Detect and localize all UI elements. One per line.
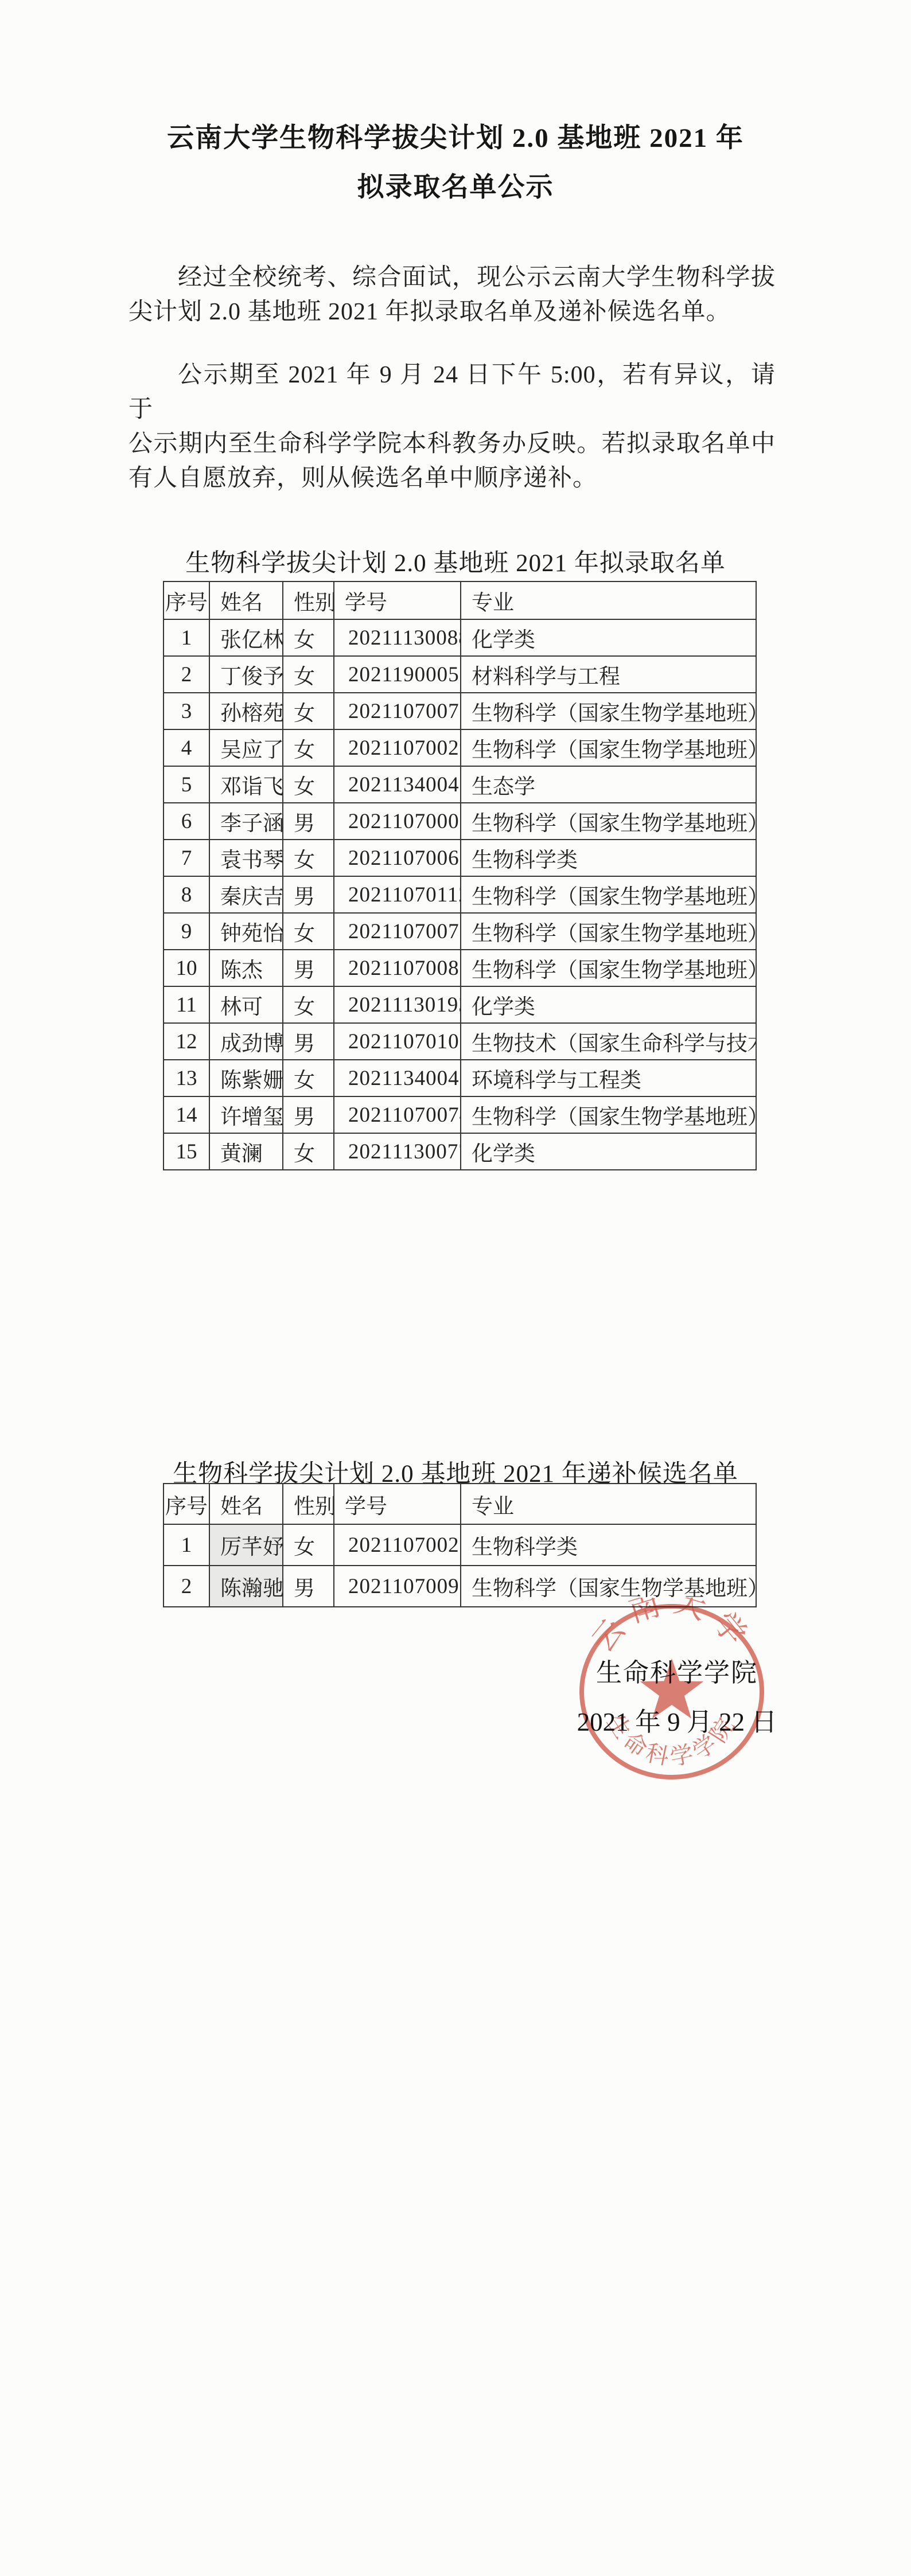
- table-cell: 生物科学（国家生物学基地班）: [461, 1096, 756, 1133]
- table-cell: 吴应了: [209, 729, 283, 766]
- table-cell: 李子涵: [209, 803, 283, 840]
- table-cell: 陈紫姗: [209, 1060, 283, 1096]
- table-cell: 20211070090: [334, 1566, 461, 1607]
- column-header: 学号: [334, 581, 461, 619]
- table-cell: 成劲博: [209, 1023, 283, 1060]
- table-cell: 生态学: [461, 766, 756, 803]
- table-cell: 10: [163, 950, 209, 986]
- signature-date: 2021 年 9 月 22 日: [542, 1701, 812, 1738]
- table-cell: 7: [163, 840, 209, 876]
- column-header: 学号: [334, 1484, 461, 1524]
- page-title-line1: 云南大学生物科学拔尖计划 2.0 基地班 2021 年: [0, 116, 911, 155]
- admitted-students-table: 序号姓名性别学号专业1张亿林女20211130088化学类2丁俊予女202119…: [163, 581, 757, 1170]
- table-cell: 女: [283, 693, 334, 729]
- header-row: 序号姓名性别学号专业: [163, 1484, 756, 1524]
- table-cell: 张亿林: [209, 619, 283, 656]
- table-row: 5邓诣飞女20211340046生态学: [163, 766, 756, 803]
- table-cell: 13: [163, 1060, 209, 1096]
- table-row: 2丁俊予女20211900050材料科学与工程: [163, 656, 756, 693]
- table-row: 2陈瀚驰男20211070090生物科学（国家生物学基地班）: [163, 1566, 756, 1607]
- seal-ring: [582, 1606, 762, 1777]
- official-seal-stamp: 云南大学 生命科学学院: [567, 1598, 776, 1795]
- table-cell: 生物科学（国家生物学基地班）: [461, 876, 756, 913]
- table-cell: 生物科学（国家生物学基地班）: [461, 913, 756, 950]
- table-cell: 女: [283, 1133, 334, 1170]
- table-row: 15黄澜女20211130077化学类: [163, 1133, 756, 1170]
- table-cell: 20211340048: [334, 1060, 461, 1096]
- table-cell: 1: [163, 1524, 209, 1566]
- table-cell: 女: [283, 986, 334, 1023]
- table-cell: 女: [283, 913, 334, 950]
- paragraph-line: 经过全校统考、综合面试，现公示云南大学生物科学拔: [129, 258, 776, 292]
- column-header: 性别: [283, 1484, 334, 1524]
- header-row: 序号姓名性别学号专业: [163, 581, 756, 619]
- table-cell: 15: [163, 1133, 209, 1170]
- table-cell: 化学类: [461, 619, 756, 656]
- signature-org: 生命科学学院: [542, 1652, 812, 1689]
- table-cell: 20211070112: [334, 876, 461, 913]
- seal-graphic: 云南大学 生命科学学院: [567, 1598, 776, 1795]
- table-cell: 生物科学（国家生物学基地班）: [461, 950, 756, 986]
- page-title-line2: 拟录取名单公示: [0, 166, 911, 204]
- table-row: 14许增玺男20211070074生物科学（国家生物学基地班）: [163, 1096, 756, 1133]
- table-cell: 1: [163, 619, 209, 656]
- table-cell: 女: [283, 619, 334, 656]
- column-header: 性别: [283, 581, 334, 619]
- table-cell: 女: [283, 766, 334, 803]
- table-row: 8秦庆吉男20211070112生物科学（国家生物学基地班）: [163, 876, 756, 913]
- table-cell: 男: [283, 876, 334, 913]
- table-cell: 陈杰: [209, 950, 283, 986]
- table-cell: 生物技术（国家生命科学与技术基地班）: [461, 1023, 756, 1060]
- paragraph-line: 有人自愿放弃，则从候选名单中顺序递补。: [129, 459, 776, 493]
- notice-paragraph: 公示期至 2021 年 9 月 24 日下午 5:00，若有异议，请于 公示期内…: [129, 356, 776, 493]
- intro-paragraph: 经过全校统考、综合面试，现公示云南大学生物科学拔 尖计划 2.0 基地班 202…: [129, 258, 776, 327]
- table-cell: 秦庆吉: [209, 876, 283, 913]
- table-cell: 生物科学类: [461, 840, 756, 876]
- table-cell: 男: [283, 1023, 334, 1060]
- table-row: 7袁书琴女20211070068生物科学类: [163, 840, 756, 876]
- table-cell: 女: [283, 1060, 334, 1096]
- table-cell: 男: [283, 803, 334, 840]
- table-cell: 环境科学与工程类: [461, 1060, 756, 1096]
- table-cell: 20211070027: [334, 1524, 461, 1566]
- table-cell: 生物科学（国家生物学基地班）: [461, 803, 756, 840]
- table-cell: 钟苑怡: [209, 913, 283, 950]
- table-cell: 袁书琴: [209, 840, 283, 876]
- paragraph-line: 公示期至 2021 年 9 月 24 日下午 5:00，若有异议，请于: [129, 356, 776, 424]
- table-row: 1张亿林女20211130088化学类: [163, 619, 756, 656]
- table-cell: 9: [163, 913, 209, 950]
- paragraph-line: 尖计划 2.0 基地班 2021 年拟录取名单及递补候选名单。: [129, 292, 776, 327]
- table-cell: 20211070107: [334, 1023, 461, 1060]
- table-cell: 5: [163, 766, 209, 803]
- table-cell: 20211070080: [334, 950, 461, 986]
- column-header: 姓名: [209, 1484, 283, 1524]
- table-cell: 4: [163, 729, 209, 766]
- column-header: 专业: [461, 581, 756, 619]
- table-cell: 男: [283, 1096, 334, 1133]
- paragraph-line: 公示期内至生命科学学院本科教务办反映。若拟录取名单中: [129, 424, 776, 459]
- table-cell: 化学类: [461, 986, 756, 1023]
- table-cell: 20211070070: [334, 693, 461, 729]
- table-cell: 20211900050: [334, 656, 461, 693]
- table-cell: 20211070029: [334, 729, 461, 766]
- table-cell: 生物科学（国家生物学基地班）: [461, 693, 756, 729]
- table-row: 3孙榕苑女20211070070生物科学（国家生物学基地班）: [163, 693, 756, 729]
- table-cell: 黄澜: [209, 1133, 283, 1170]
- table-cell: 陈瀚驰: [209, 1566, 283, 1607]
- table-cell: 女: [283, 840, 334, 876]
- table-row: 1厉芊妤女20211070027生物科学类: [163, 1524, 756, 1566]
- table-cell: 20211130193: [334, 986, 461, 1023]
- table-cell: 许增玺: [209, 1096, 283, 1133]
- table-cell: 20211070008: [334, 803, 461, 840]
- table-cell: 12: [163, 1023, 209, 1060]
- table-cell: 生物科学（国家生物学基地班）: [461, 1566, 756, 1607]
- column-header: 专业: [461, 1484, 756, 1524]
- table-cell: 男: [283, 950, 334, 986]
- table-cell: 20211340046: [334, 766, 461, 803]
- table-cell: 丁俊予: [209, 656, 283, 693]
- table-row: 13陈紫姗女20211340048环境科学与工程类: [163, 1060, 756, 1096]
- table-cell: 生物科学类: [461, 1524, 756, 1566]
- table-row: 10陈杰男20211070080生物科学（国家生物学基地班）: [163, 950, 756, 986]
- admitted-table-caption: 生物科学拔尖计划 2.0 基地班 2021 年拟录取名单: [0, 544, 911, 579]
- table-cell: 化学类: [461, 1133, 756, 1170]
- table-row: 4吴应了女20211070029生物科学（国家生物学基地班）: [163, 729, 756, 766]
- table-cell: 2: [163, 1566, 209, 1607]
- table-cell: 6: [163, 803, 209, 840]
- table-cell: 材料科学与工程: [461, 656, 756, 693]
- column-header: 序号: [163, 581, 209, 619]
- table-cell: 3: [163, 693, 209, 729]
- table-cell: 20211130088: [334, 619, 461, 656]
- table-cell: 林可: [209, 986, 283, 1023]
- column-header: 姓名: [209, 581, 283, 619]
- table-cell: 20211070074: [334, 1096, 461, 1133]
- table-cell: 2: [163, 656, 209, 693]
- table-cell: 20211070078: [334, 913, 461, 950]
- table-cell: 邓诣飞: [209, 766, 283, 803]
- table-cell: 女: [283, 729, 334, 766]
- document-page: 云南大学生物科学拔尖计划 2.0 基地班 2021 年 拟录取名单公示 经过全校…: [0, 0, 911, 2576]
- table-cell: 11: [163, 986, 209, 1023]
- table-cell: 8: [163, 876, 209, 913]
- table-cell: 生物科学（国家生物学基地班）: [461, 729, 756, 766]
- table-cell: 女: [283, 1524, 334, 1566]
- column-header: 序号: [163, 1484, 209, 1524]
- table-cell: 厉芊妤: [209, 1524, 283, 1566]
- table-row: 6李子涵男20211070008生物科学（国家生物学基地班）: [163, 803, 756, 840]
- table-row: 11林可女20211130193化学类: [163, 986, 756, 1023]
- table-cell: 20211070068: [334, 840, 461, 876]
- table-cell: 女: [283, 656, 334, 693]
- table-row: 12成劲博男20211070107生物技术（国家生命科学与技术基地班）: [163, 1023, 756, 1060]
- waitlist-candidates-table: 序号姓名性别学号专业1厉芊妤女20211070027生物科学类2陈瀚驰男2021…: [163, 1483, 757, 1607]
- table-row: 9钟苑怡女20211070078生物科学（国家生物学基地班）: [163, 913, 756, 950]
- table-cell: 20211130077: [334, 1133, 461, 1170]
- table-cell: 男: [283, 1566, 334, 1607]
- table-cell: 14: [163, 1096, 209, 1133]
- table-cell: 孙榕苑: [209, 693, 283, 729]
